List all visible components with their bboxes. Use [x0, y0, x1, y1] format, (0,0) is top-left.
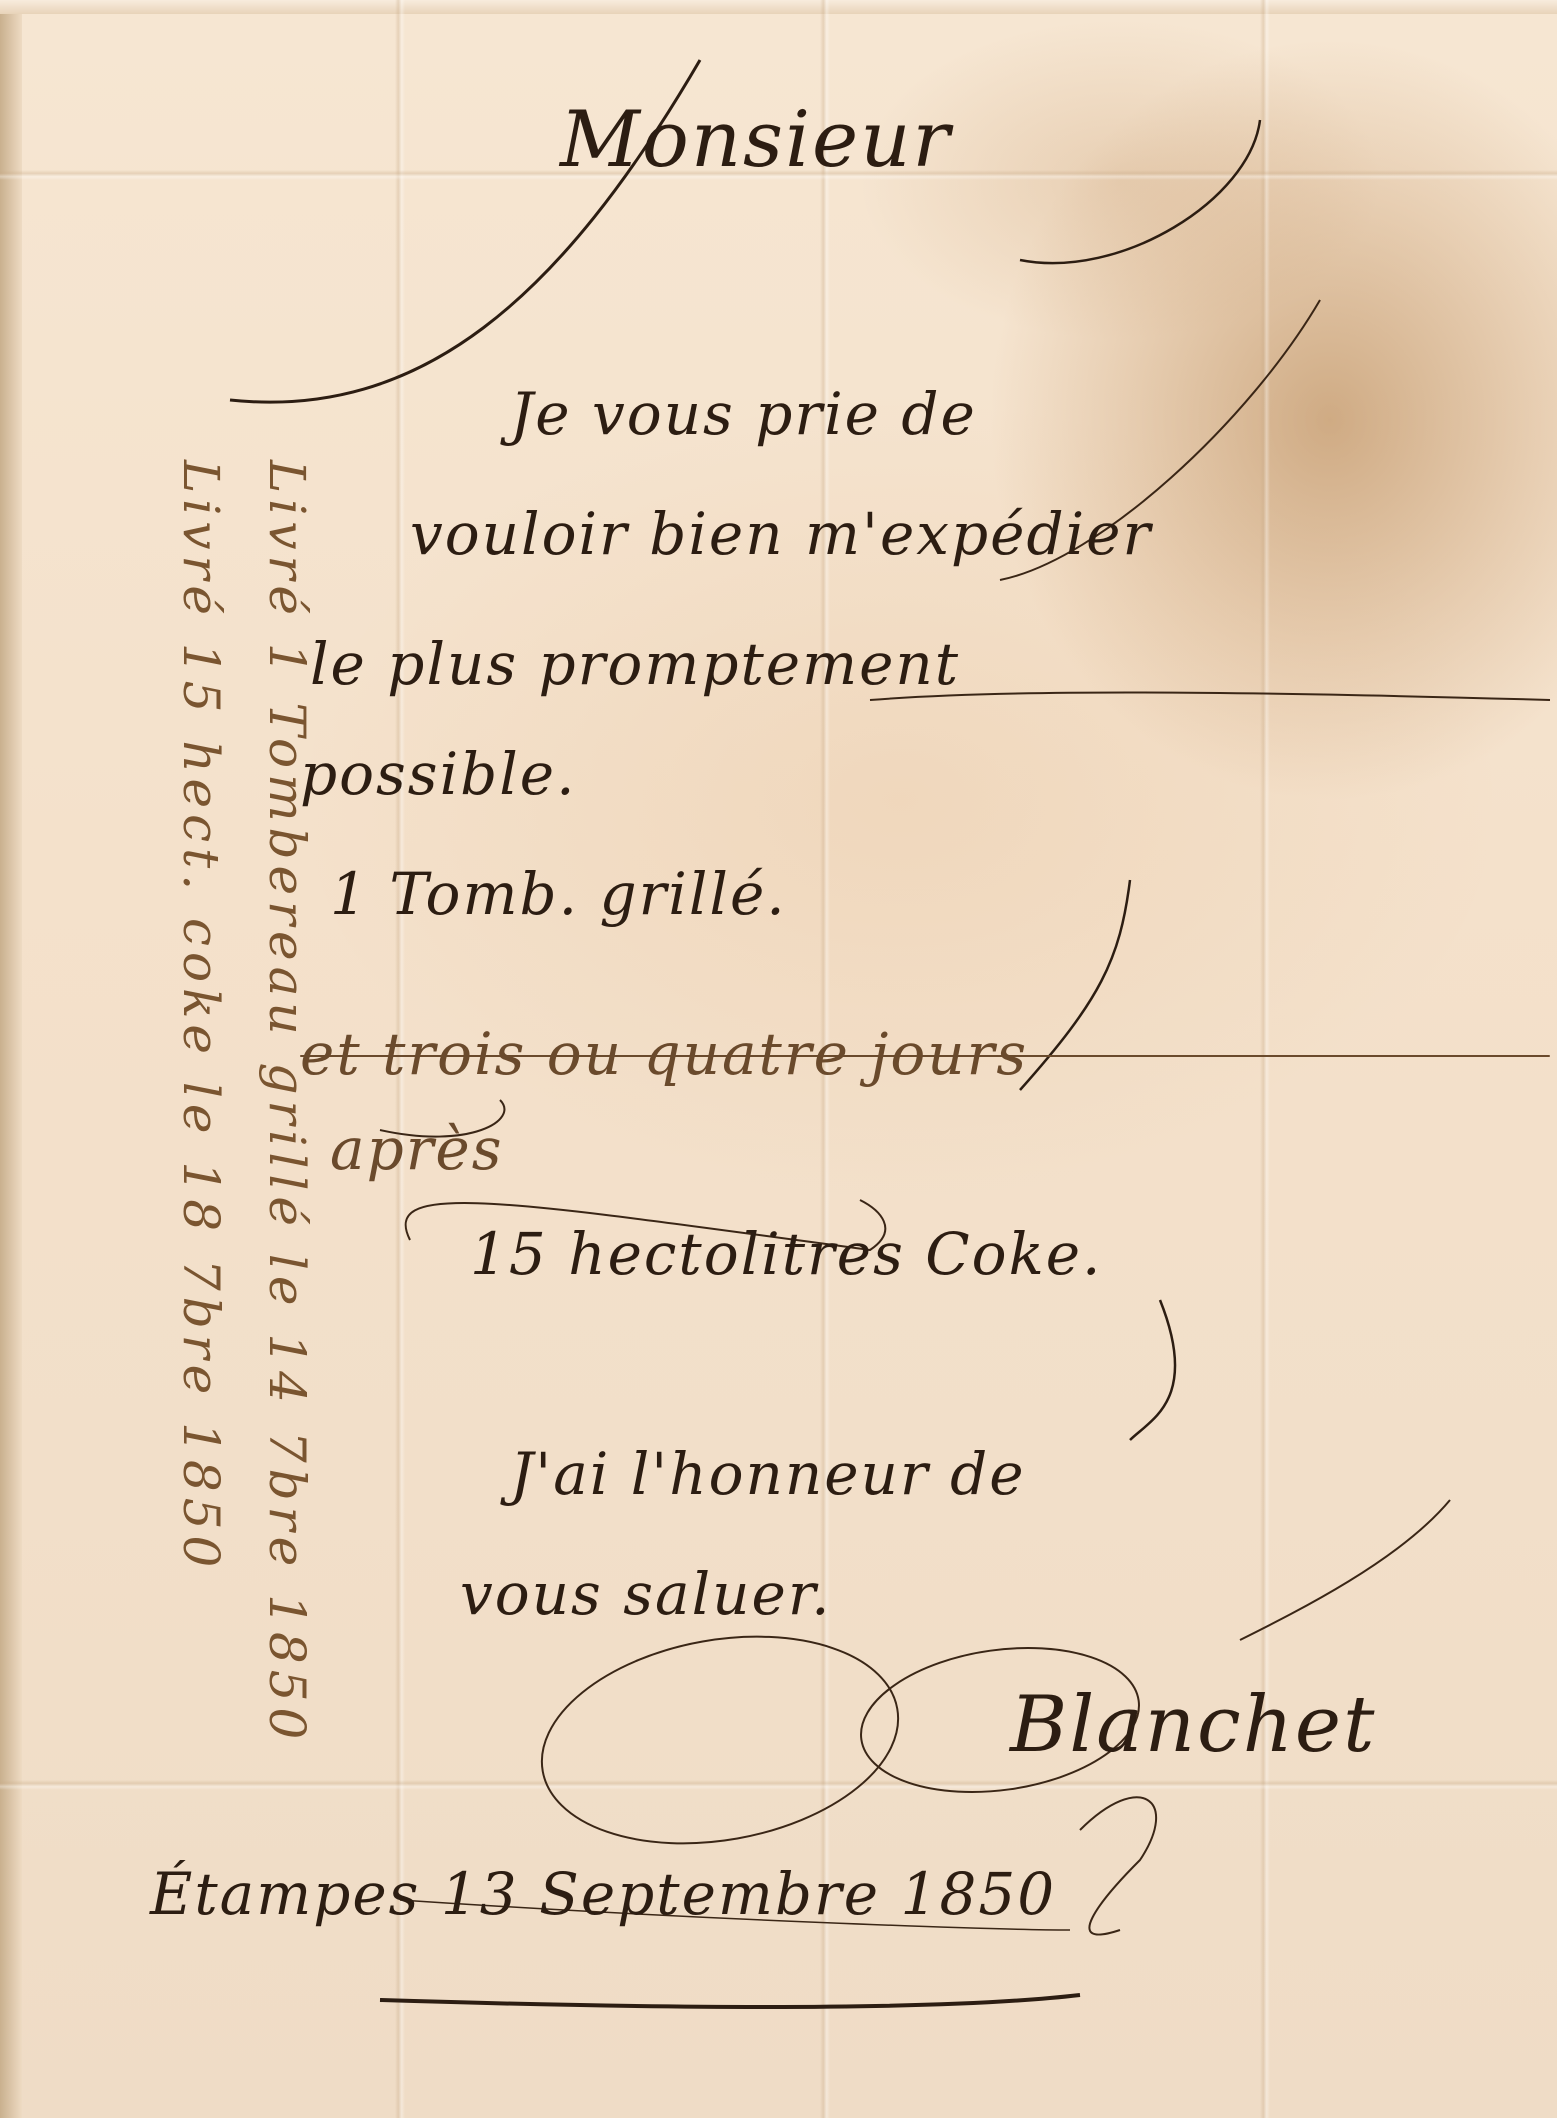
order-item: 1 Tomb. grillé.: [330, 860, 787, 928]
closing-line: vous saluer.: [460, 1560, 832, 1628]
closing-line: J'ai l'honneur de: [510, 1440, 1026, 1508]
body-line: Je vous prie de: [510, 380, 977, 448]
salutation: Monsieur: [560, 95, 952, 185]
body-line: le plus promptement: [310, 630, 960, 698]
dateline: Étampes 13 Septembre 1850: [150, 1860, 1056, 1928]
order-item: après: [330, 1115, 504, 1183]
order-item: 15 hectolitres Coke.: [470, 1220, 1103, 1288]
margin-note: Livré 15 hect. coke le 18 7bre 1850: [158, 460, 244, 1780]
body-line: vouloir bien m'expédier: [410, 500, 1152, 568]
body-line: possible.: [300, 740, 577, 808]
order-item: et trois ou quatre jours: [300, 1020, 1028, 1088]
letter-page: Monsieur Je vous prie de vouloir bien m'…: [0, 0, 1557, 2118]
margin-notes: Livré 1 Tombereau grillé le 14 7bre 1850…: [60, 460, 330, 1780]
margin-note: Livré 1 Tombereau grillé le 14 7bre 1850: [244, 460, 330, 1780]
signature: Blanchet: [1010, 1680, 1376, 1770]
strikethrough-line: [300, 1055, 1550, 1057]
